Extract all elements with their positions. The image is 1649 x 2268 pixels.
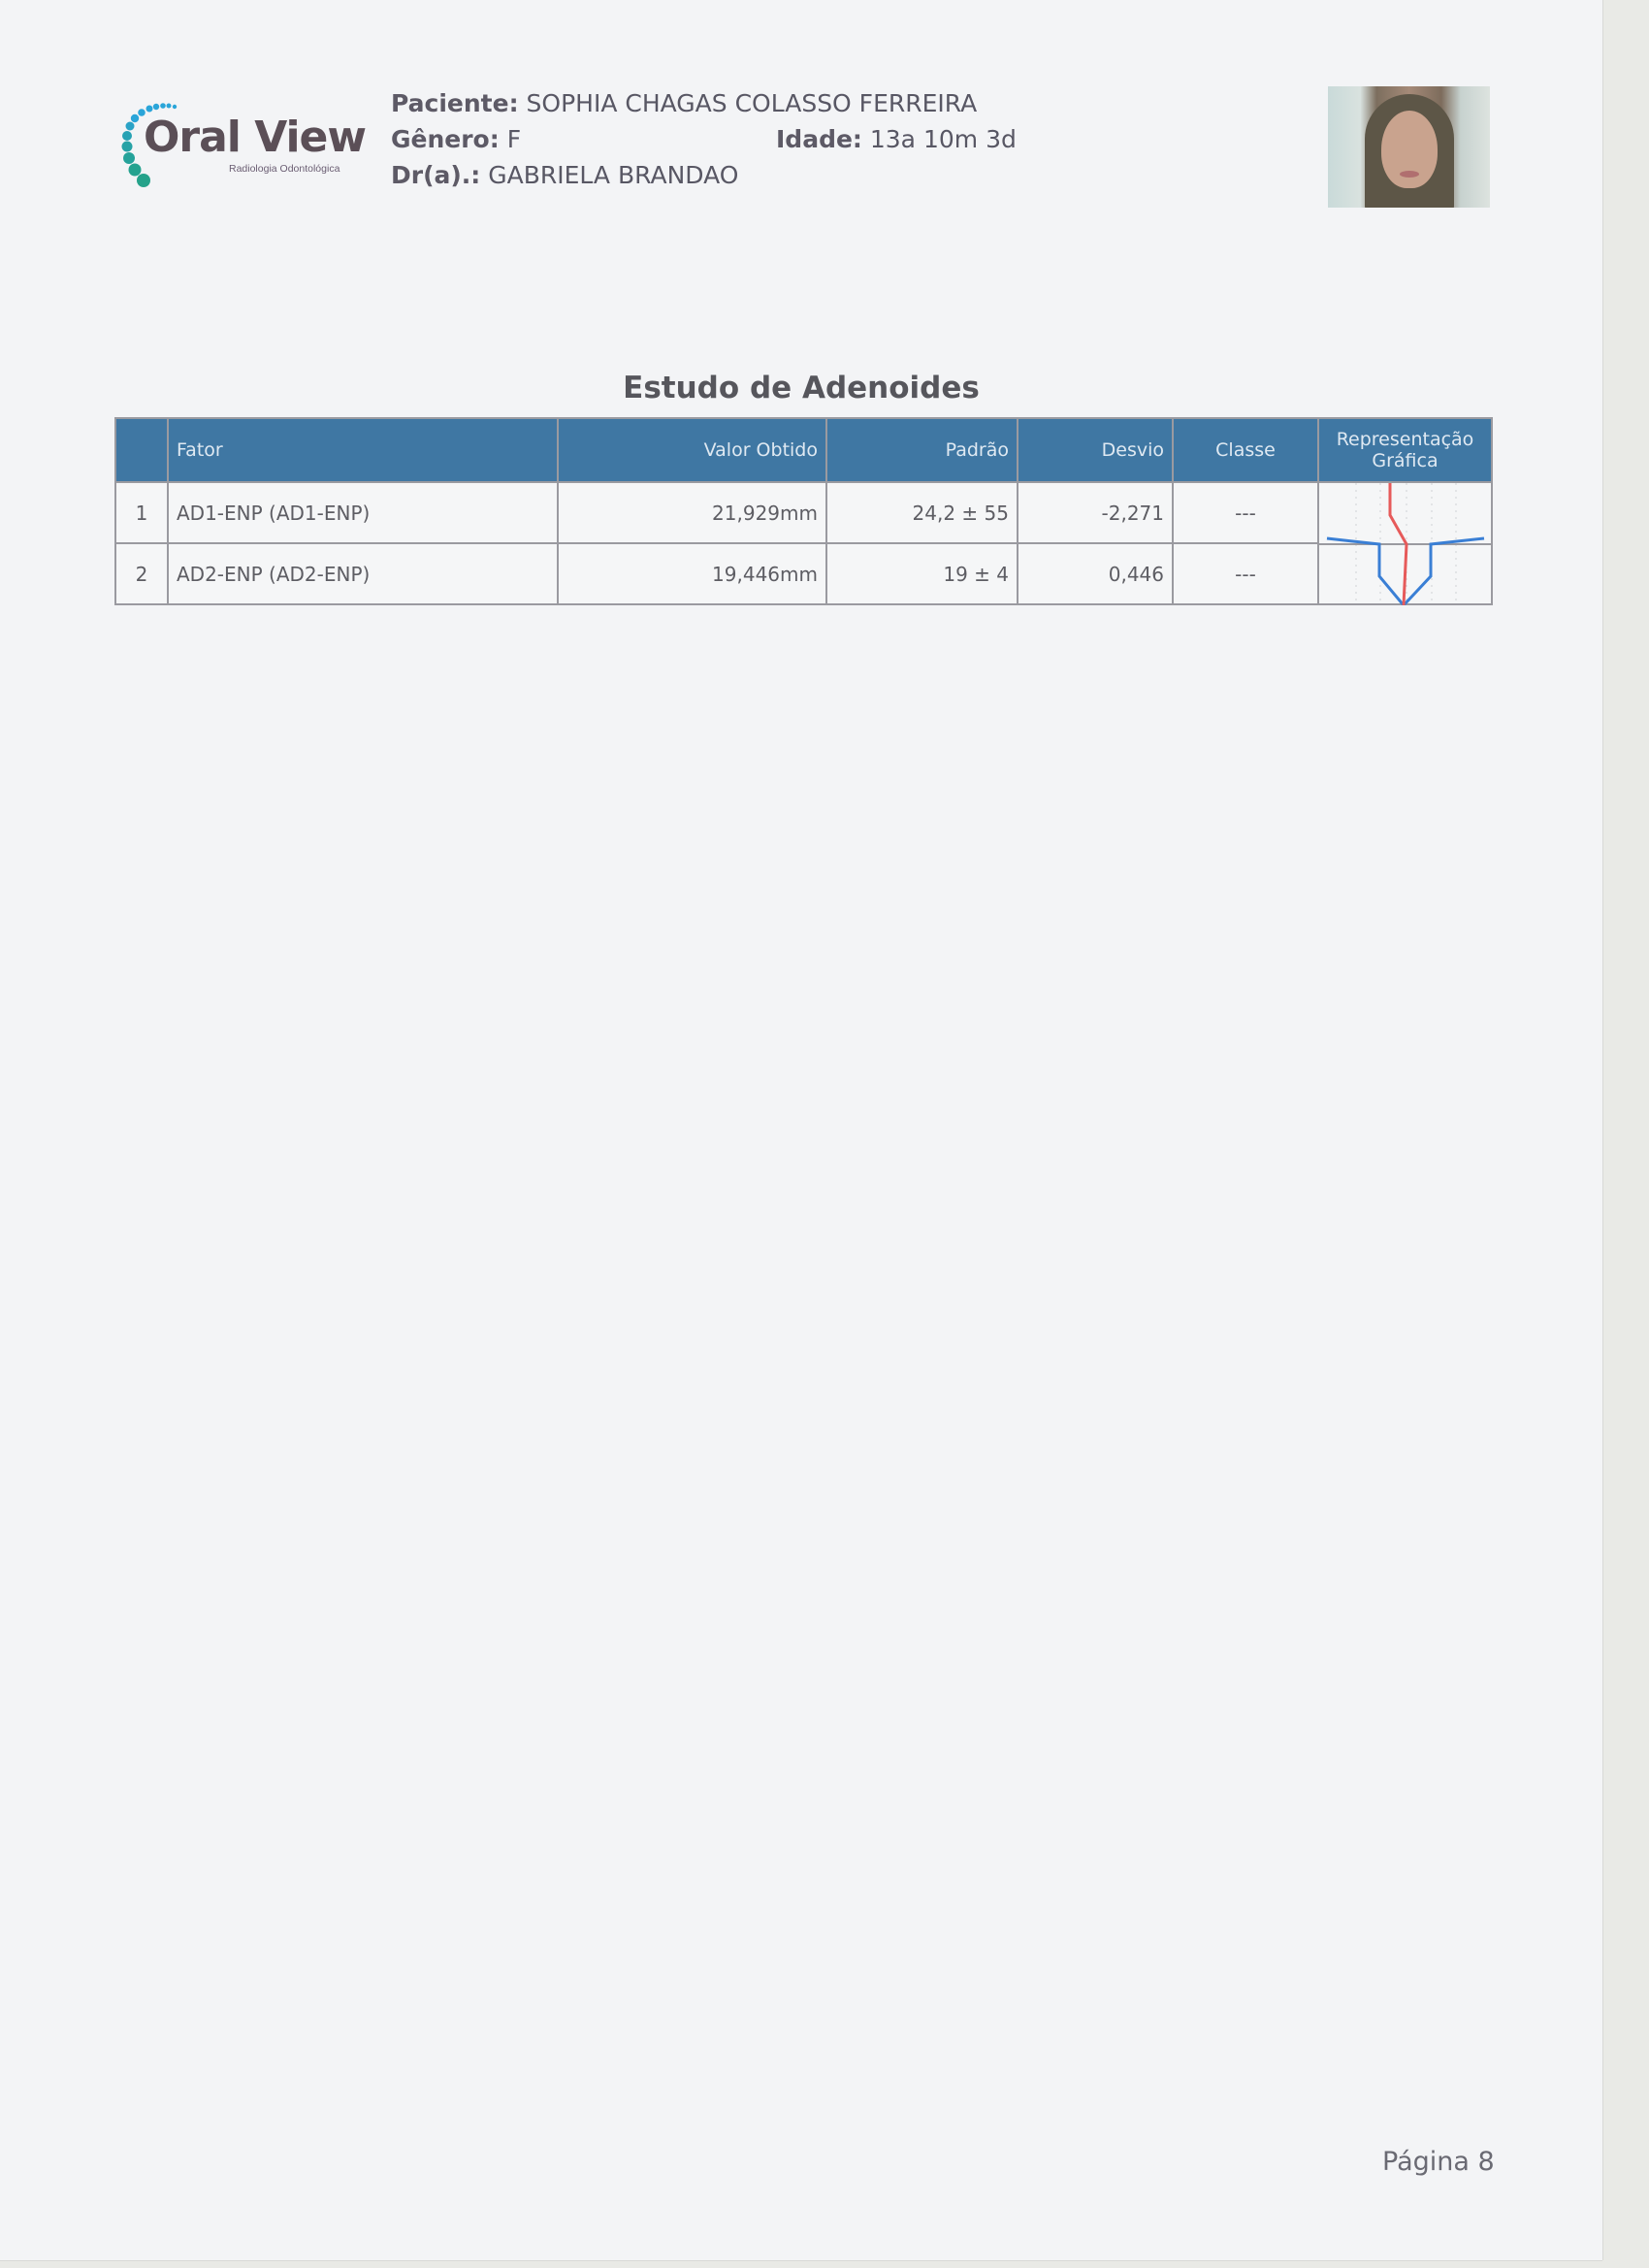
doctor-line: Dr(a).: GABRIELA BRANDAO [391, 161, 738, 189]
gender-label: Gênero: [391, 125, 500, 153]
patient-label: Paciente: [391, 89, 519, 117]
patient-name: SOPHIA CHAGAS COLASSO FERREIRA [527, 89, 978, 117]
row-value: 19,446mm [558, 543, 826, 604]
row-standard: 24,2 ± 55 [826, 482, 1018, 543]
row-standard: 19 ± 4 [826, 543, 1018, 604]
age-value: 13a 10m 3d [870, 125, 1017, 153]
column-header-graph: Representação Gráfica [1318, 418, 1492, 482]
row-index: 2 [115, 543, 168, 604]
document-page: Oral View Radiologia Odontológica Pacien… [0, 0, 1602, 2260]
row-class: --- [1173, 543, 1318, 604]
row-index: 1 [115, 482, 168, 543]
table-row: 1 AD1-ENP (AD1-ENP) 21,929mm 24,2 ± 55 -… [115, 482, 1492, 543]
row-deviation: -2,271 [1018, 482, 1173, 543]
deviation-graph [1319, 483, 1493, 605]
row-deviation: 0,446 [1018, 543, 1173, 604]
column-header-class: Classe [1173, 418, 1318, 482]
doctor-label: Dr(a).: [391, 161, 480, 189]
patient-photo [1328, 86, 1490, 208]
gender-value: F [507, 125, 521, 153]
photo-lips [1400, 171, 1419, 178]
column-header-standard: Padrão [826, 418, 1018, 482]
report-title: Estudo de Adenoides [0, 371, 1602, 405]
column-header-deviation: Desvio [1018, 418, 1173, 482]
patient-name-line: Paciente: SOPHIA CHAGAS COLASSO FERREIRA [391, 89, 977, 117]
row-class: --- [1173, 482, 1318, 543]
age-label: Idade: [776, 125, 862, 153]
adenoid-study-table: Fator Valor Obtido Padrão Desvio Classe … [114, 417, 1493, 605]
table-header-row: Fator Valor Obtido Padrão Desvio Classe … [115, 418, 1492, 482]
column-header-factor: Fator [168, 418, 558, 482]
page-number: Página 8 [1382, 2147, 1495, 2177]
gender-line: Gênero: F [391, 125, 521, 153]
row-value: 21,929mm [558, 482, 826, 543]
age-line: Idade: 13a 10m 3d [776, 125, 1017, 153]
row-factor: AD2-ENP (AD2-ENP) [168, 543, 558, 604]
column-header-value: Valor Obtido [558, 418, 826, 482]
column-header-index [115, 418, 168, 482]
brand-name: Oral View [144, 113, 366, 162]
brand-subtitle: Radiologia Odontológica [229, 163, 339, 175]
row-factor: AD1-ENP (AD1-ENP) [168, 482, 558, 543]
oral-view-logo: Oral View Radiologia Odontológica [114, 95, 376, 192]
table-row: 2 AD2-ENP (AD2-ENP) 19,446mm 19 ± 4 0,44… [115, 543, 1492, 604]
doctor-name: GABRIELA BRANDAO [488, 161, 738, 189]
graphic-representation [1318, 482, 1492, 604]
